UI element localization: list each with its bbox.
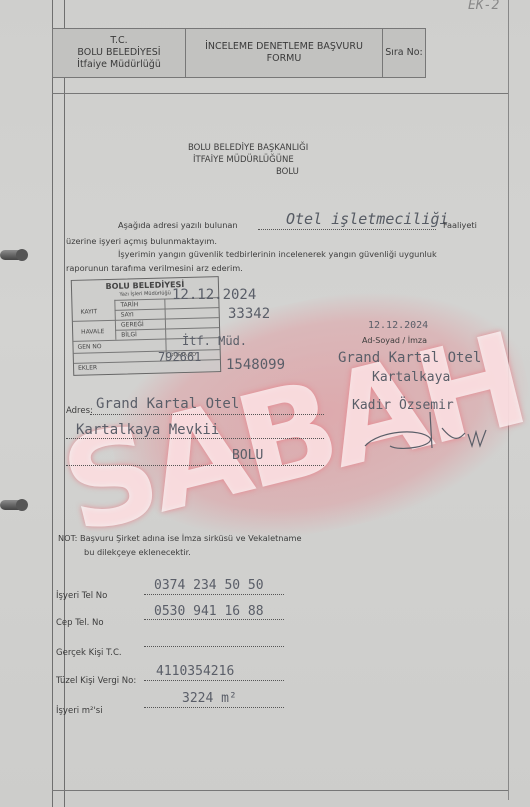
body-p1-suffix: Faaliyeti — [443, 220, 477, 230]
field-label-cep-tel: Cep Tel. No — [56, 618, 104, 628]
signature-date: 12.12.2024 — [368, 320, 428, 331]
body-p1-prefix: Aşağıda adresi yazılı bulunan — [118, 220, 238, 230]
havale-label: HAVALE — [81, 328, 104, 336]
activity-value: Otel işletmeciliği — [286, 210, 449, 228]
field-label-isyeri-m2: İşyeri m²'si — [56, 706, 103, 716]
tarih-label: TARİH — [120, 301, 138, 308]
field-rule-gercek-kisi-tc — [144, 646, 284, 647]
field-value-isyeri-m2: 3224 m² — [182, 691, 237, 706]
form-title-line-1: İNCELEME DENETLEME BAŞVURU — [205, 41, 363, 53]
tarih-value: 12.12.2024 — [172, 287, 256, 303]
address-line-2: Kartalkaya Mevkii — [76, 422, 219, 438]
form-header: T.C. BOLU BELEDİYESİ İtfaiye Müdürlüğü İ… — [52, 28, 426, 78]
field-rule-isyeri-m2 — [144, 707, 284, 708]
address-line-2-rule — [66, 438, 324, 439]
address-line-1: Grand Kartal Otel — [96, 396, 239, 412]
dosya-no-value: 1548099 — [226, 357, 285, 373]
field-value-isyeri-tel: 0374 234 50 50 — [154, 578, 264, 593]
gen-no-value: 792661 — [158, 350, 201, 364]
ekler-label: EKLER — [78, 364, 97, 371]
addressee: BOLU BELEDİYE BAŞKANLIĞI İTFAİYE MÜDÜRLÜ… — [188, 142, 308, 178]
address-line-3: BOLU — [232, 448, 263, 463]
note-line-2: bu dilekçeye eklenecektir. — [84, 547, 191, 557]
organization-block: T.C. BOLU BELEDİYESİ İtfaiye Müdürlüğü — [53, 29, 186, 77]
note-line-1: NOT: Başvuru Şirket adına ise İmza sirkü… — [58, 533, 302, 543]
field-value-cep-tel: 0530 941 16 88 — [154, 604, 264, 619]
corner-note: EK-2 — [468, 0, 499, 13]
addressee-line-1: BOLU BELEDİYE BAŞKANLIĞI — [188, 142, 308, 154]
header-bottom-rule — [52, 93, 508, 94]
gen-no-label: GEN NO — [77, 343, 101, 351]
sayi-value: 33342 — [228, 306, 270, 322]
body-p2-line1: İşyerimin yangın güvenlik tedbirlerinin … — [118, 249, 437, 259]
sira-no-block: Sıra No: — [383, 29, 425, 77]
form-title-line-2: FORMU — [205, 53, 363, 65]
addressee-line-2: İTFAİYE MÜDÜRLÜĞÜNE — [188, 154, 308, 166]
sayi-label: SAYI — [121, 311, 134, 318]
field-rule-isyeri-tel — [144, 594, 284, 595]
address-line-3-rule — [66, 465, 324, 466]
form-title-block: İNCELEME DENETLEME BAŞVURU FORMU — [186, 29, 383, 77]
body-p2-line2: raporunun tarafıma verilmesini arz ederi… — [66, 263, 243, 273]
signature-company-2: Kartalkaya — [372, 370, 450, 385]
org-line-3: İtfaiye Müdürlüğü — [77, 59, 161, 71]
field-label-tuzel-kisi-vergi: Tüzel Kişi Vergi No: — [56, 676, 136, 686]
bilgi-label: BİLGİ — [121, 331, 137, 338]
field-rule-tuzel-kisi-vergi — [144, 680, 284, 681]
field-label-gercek-kisi-tc: Gerçek Kişi T.C. — [56, 648, 122, 658]
field-value-tuzel-kisi-vergi: 4110354216 — [156, 664, 234, 679]
addressee-line-3: BOLU — [188, 166, 308, 178]
geregi-label: GEREĞİ — [121, 321, 144, 329]
field-label-isyeri-tel: İşyeri Tel No — [56, 591, 107, 601]
address-label: Adres: — [66, 406, 93, 416]
margin-line-outer — [52, 0, 53, 807]
havale-value: İtf. Müd. — [182, 334, 247, 348]
activity-line — [258, 229, 436, 230]
binder-ring-bottom — [0, 500, 26, 510]
field-rule-cep-tel — [144, 619, 284, 620]
kayit-label: KAYIT — [81, 308, 98, 315]
signature-company-1: Grand Kartal Otel — [338, 350, 481, 366]
page-bottom-border — [52, 790, 508, 791]
body-p1-line2: üzerine işyeri açmış bulunmaktayım. — [66, 236, 217, 246]
org-line-1: T.C. — [77, 35, 161, 47]
binder-ring-top — [0, 250, 26, 260]
signature-label: Ad-Soyad / İmza — [362, 336, 427, 345]
signature-scribble — [360, 408, 500, 453]
org-line-2: BOLU BELEDİYESİ — [77, 47, 161, 59]
sira-no-label: Sıra No: — [385, 47, 423, 59]
address-line-1-rule — [90, 414, 324, 415]
